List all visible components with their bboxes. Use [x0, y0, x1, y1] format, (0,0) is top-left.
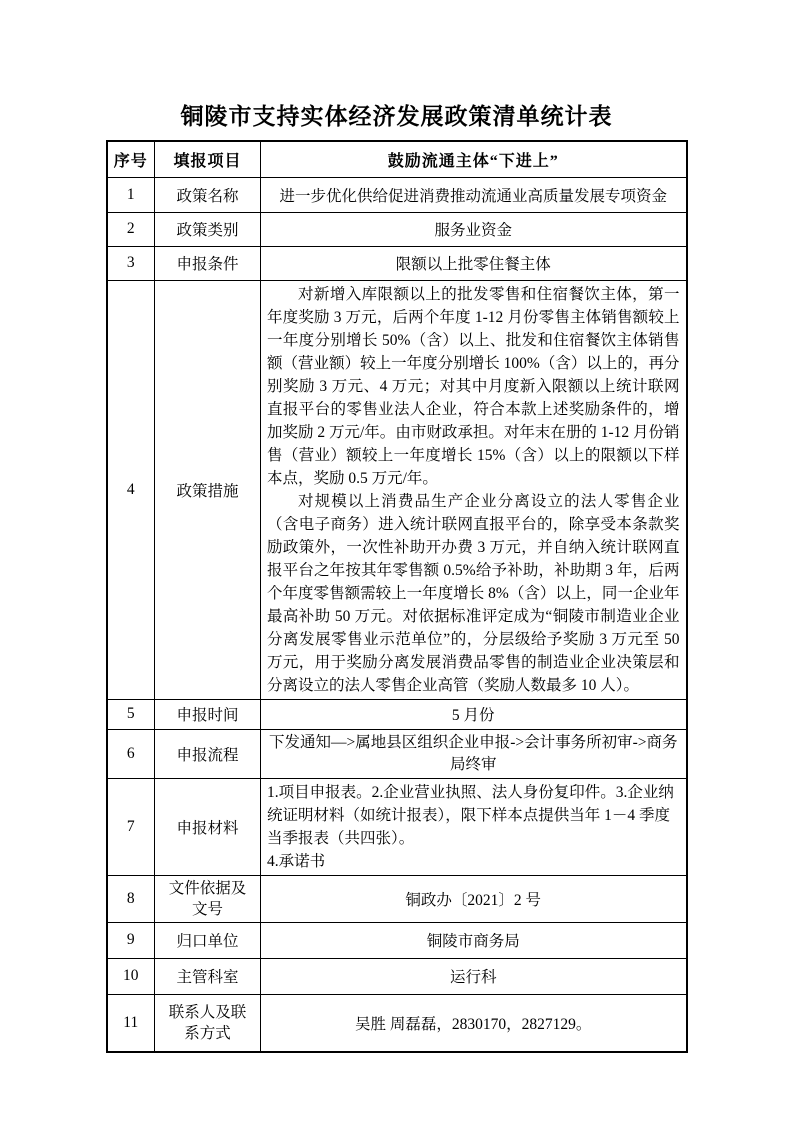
- row-no: 2: [107, 212, 155, 246]
- row-label: 联系人及联系方式: [155, 994, 261, 1052]
- row-label: 主管科室: [155, 958, 261, 994]
- table-row: 1 政策名称 进一步优化供给促进消费推动流通业高质量发展专项资金: [107, 177, 687, 212]
- table-header-row: 序号 填报项目 鼓励流通主体“下进上”: [107, 141, 687, 177]
- row-label: 申报材料: [155, 778, 261, 875]
- row-label-text: 联系人及联系方式: [169, 1002, 247, 1044]
- department-value: 运行科: [261, 958, 687, 994]
- policy-measures-value: 对新增入库限额以上的批发零售和住宿餐饮主体，第一年度奖励 3 万元，后两个年度 …: [261, 280, 687, 699]
- header-item: 填报项目: [155, 141, 261, 177]
- application-condition-value: 限额以上批零住餐主体: [261, 246, 687, 280]
- row-no: 7: [107, 778, 155, 875]
- row-label: 申报时间: [155, 699, 261, 729]
- table-row: 4 政策措施 对新增入库限额以上的批发零售和住宿餐饮主体，第一年度奖励 3 万元…: [107, 280, 687, 699]
- application-process-value: 下发通知—>属地县区组织企业申报->会计事务所初审->商务局终审: [261, 729, 687, 778]
- contact-info-value: 吴胜 周磊磊，2830170，2827129。: [261, 994, 687, 1052]
- policy-name-value: 进一步优化供给促进消费推动流通业高质量发展专项资金: [261, 177, 687, 212]
- document-page: 铜陵市支持实体经济发展政策清单统计表 序号 填报项目 鼓励流通主体“下进上” 1…: [0, 0, 793, 1122]
- table-row: 6 申报流程 下发通知—>属地县区组织企业申报->会计事务所初审->商务局终审: [107, 729, 687, 778]
- table-row: 2 政策类别 服务业资金: [107, 212, 687, 246]
- row-label: 政策类别: [155, 212, 261, 246]
- responsible-unit-value: 铜陵市商务局: [261, 922, 687, 958]
- row-no: 8: [107, 875, 155, 922]
- row-no: 5: [107, 699, 155, 729]
- row-no: 11: [107, 994, 155, 1052]
- table-row: 9 归口单位 铜陵市商务局: [107, 922, 687, 958]
- page-title: 铜陵市支持实体经济发展政策清单统计表: [0, 0, 793, 131]
- row-no: 4: [107, 280, 155, 699]
- policy-measures-paragraph-2: 对规模以上消费品生产企业分离设立的法人零售企业（含电子商务）进入统计联网直报平台…: [267, 490, 680, 697]
- table-row: 11 联系人及联系方式 吴胜 周磊磊，2830170，2827129。: [107, 994, 687, 1052]
- row-label: 申报条件: [155, 246, 261, 280]
- table-row: 8 文件依据及文号 铜政办〔2021〕2 号: [107, 875, 687, 922]
- row-label: 申报流程: [155, 729, 261, 778]
- row-no: 3: [107, 246, 155, 280]
- table-row: 7 申报材料 1.项目申报表。2.企业营业执照、法人身份复印件。3.企业纳统证明…: [107, 778, 687, 875]
- policy-table: 序号 填报项目 鼓励流通主体“下进上” 1 政策名称 进一步优化供给促进消费推动…: [106, 140, 688, 1053]
- application-time-value: 5 月份: [261, 699, 687, 729]
- row-label: 政策名称: [155, 177, 261, 212]
- row-no: 6: [107, 729, 155, 778]
- document-basis-value: 铜政办〔2021〕2 号: [261, 875, 687, 922]
- row-label-text: 文件依据及文号: [169, 878, 247, 920]
- policy-measures-paragraph-1: 对新增入库限额以上的批发零售和住宿餐饮主体，第一年度奖励 3 万元，后两个年度 …: [267, 283, 680, 490]
- row-label: 文件依据及文号: [155, 875, 261, 922]
- application-materials-line-2: 4.承诺书: [267, 850, 680, 873]
- table-row: 10 主管科室 运行科: [107, 958, 687, 994]
- table-row: 3 申报条件 限额以上批零住餐主体: [107, 246, 687, 280]
- policy-category-value: 服务业资金: [261, 212, 687, 246]
- application-materials-line-1: 1.项目申报表。2.企业营业执照、法人身份复印件。3.企业纳统证明材料（如统计报…: [267, 781, 680, 850]
- row-no: 1: [107, 177, 155, 212]
- header-no: 序号: [107, 141, 155, 177]
- application-materials-value: 1.项目申报表。2.企业营业执照、法人身份复印件。3.企业纳统证明材料（如统计报…: [261, 778, 687, 875]
- table-row: 5 申报时间 5 月份: [107, 699, 687, 729]
- row-label: 政策措施: [155, 280, 261, 699]
- row-no: 10: [107, 958, 155, 994]
- row-label: 归口单位: [155, 922, 261, 958]
- row-no: 9: [107, 922, 155, 958]
- header-policy-column: 鼓励流通主体“下进上”: [261, 141, 687, 177]
